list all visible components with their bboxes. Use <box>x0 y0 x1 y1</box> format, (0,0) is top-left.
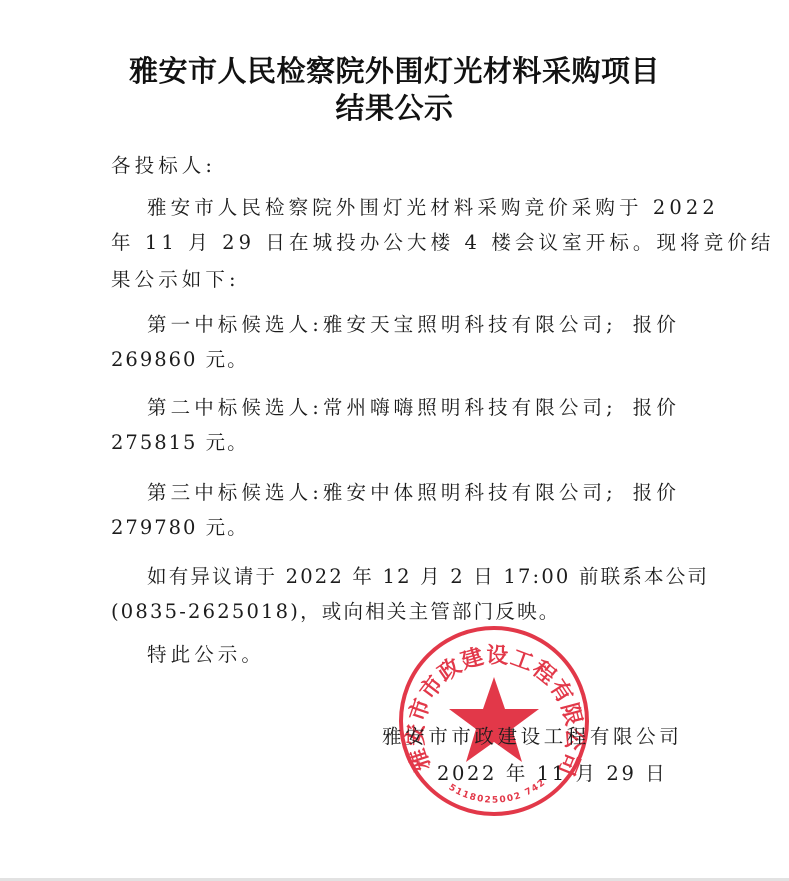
candidate-company: 雅安天宝照明科技有限公司; <box>323 313 617 336</box>
candidate-1: 第一中标候选人:雅安天宝照明科技有限公司; 报价 <box>147 313 676 337</box>
salutation: 各投标人: <box>111 154 216 178</box>
document-title: 雅安市人民检察院外围灯光材料采购项目 <box>0 49 789 90</box>
candidate-rank: 第一中标候选人: <box>147 313 323 336</box>
document-page: 雅安市人民检察院外围灯光材料采购项目 结果公示 各投标人: 雅安市人民检察院外围… <box>0 0 789 881</box>
candidate-2-price: 275815 元。 <box>111 431 249 455</box>
closing-text: 特此公示。 <box>147 643 265 667</box>
candidate-price-label: 报价 <box>633 481 680 505</box>
signature-company: 雅安市市政建设工程有限公司 <box>382 721 682 749</box>
candidate-rank: 第二中标候选人: <box>147 396 323 419</box>
intro-line-2: 年 11 月 29 日在城投办公大楼 4 楼会议室开标。现将竞价结 <box>111 231 677 255</box>
objection-line-2: (0835-2625018)，或向相关主管部门反映。 <box>111 600 560 624</box>
document-subtitle: 结果公示 <box>0 86 789 127</box>
candidate-price-label: 报价 <box>633 396 680 420</box>
candidate-2: 第二中标候选人:常州嗨嗨照明科技有限公司; 报价 <box>147 396 676 420</box>
intro-line-3: 果公示如下: <box>111 268 240 292</box>
objection-line-1: 如有异议请于 2022 年 12 月 2 日 17:00 前联系本公司 <box>147 565 709 589</box>
candidate-3: 第三中标候选人:雅安中体照明科技有限公司; 报价 <box>147 481 676 505</box>
candidate-rank: 第三中标候选人: <box>147 481 323 504</box>
intro-line-1: 雅安市人民检察院外围灯光材料采购竞价采购于 2022 <box>147 196 677 220</box>
candidate-company: 常州嗨嗨照明科技有限公司; <box>323 396 617 419</box>
candidate-price-label: 报价 <box>633 313 680 337</box>
candidate-3-price: 279780 元。 <box>111 516 249 540</box>
candidate-company: 雅安中体照明科技有限公司; <box>323 481 617 504</box>
candidate-1-price: 269860 元。 <box>111 348 249 372</box>
signature-date: 2022 年 11 月 29 日 <box>437 758 667 786</box>
